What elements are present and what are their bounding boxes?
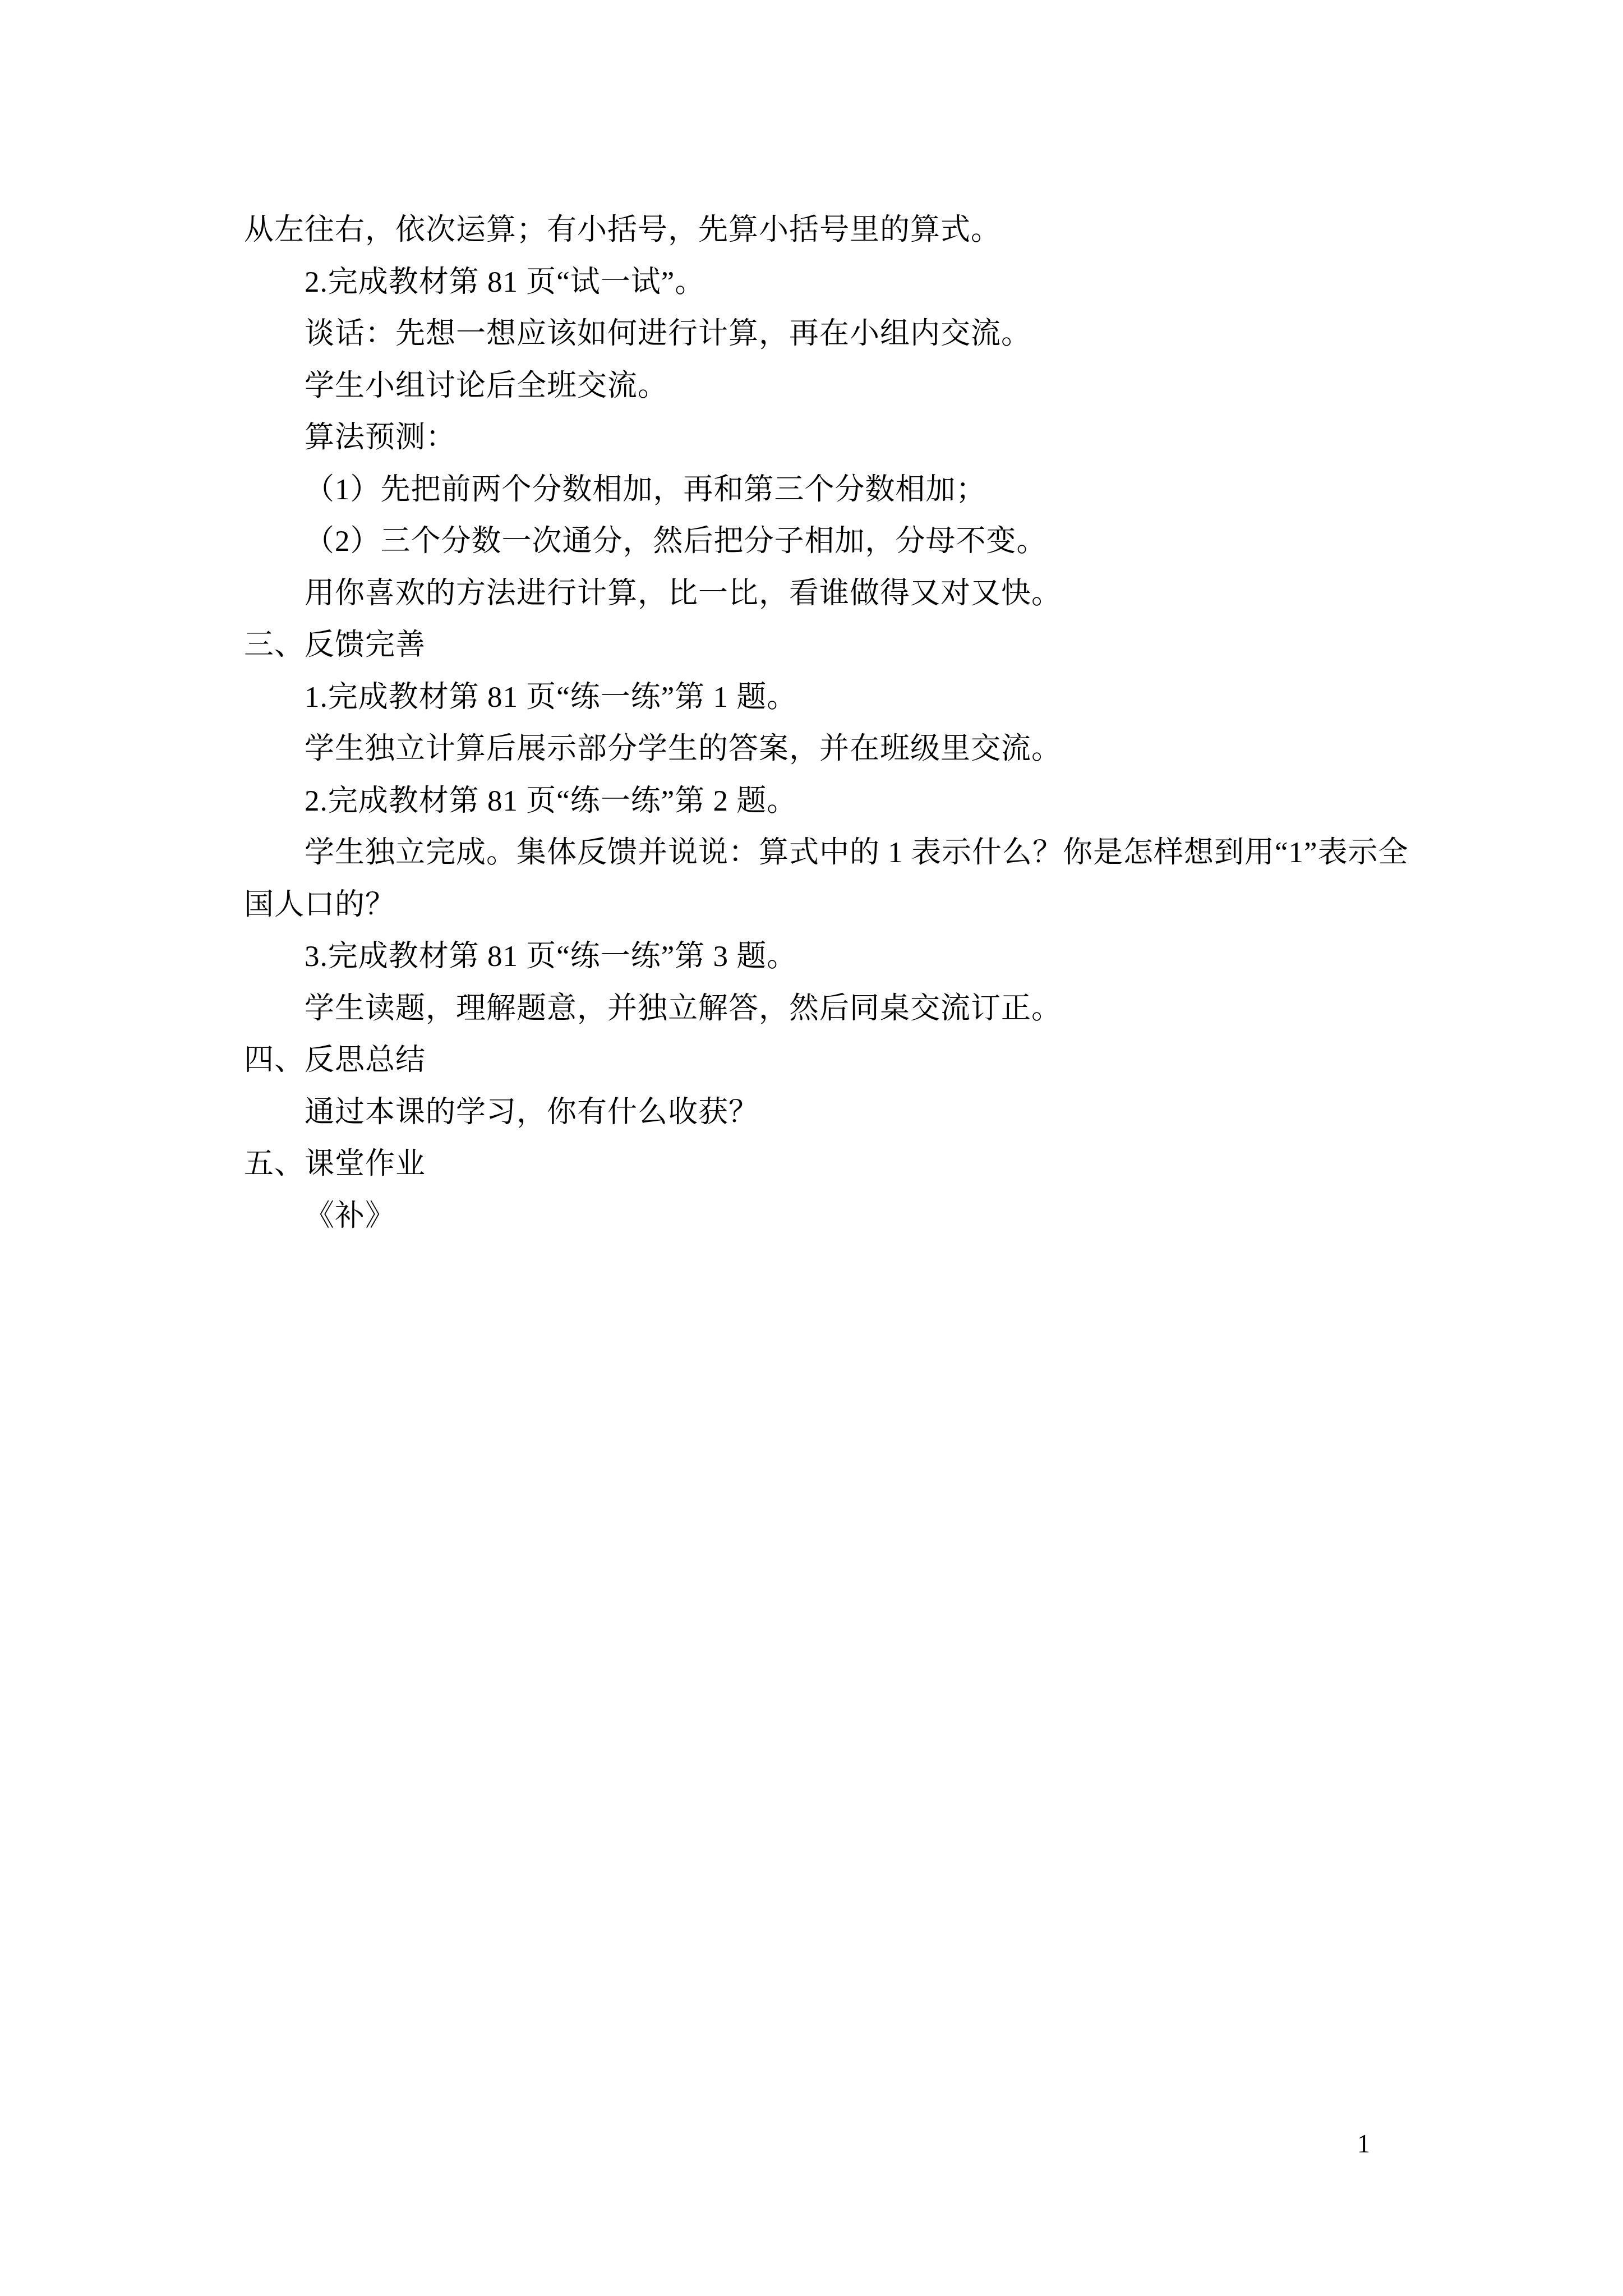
document-body: 从左往右，依次运算；有小括号，先算小括号里的算式。2.完成教材第 81 页“试一… [244,204,1399,1242]
text-line: 四、反思总结 [244,1034,1399,1087]
text-line: 2.完成教材第 81 页“试一试”。 [244,256,1399,309]
text-line: 国人口的？ [244,879,1399,931]
text-line: 1.完成教材第 81 页“练一练”第 1 题。 [244,671,1399,724]
text-line: 从左往右，依次运算；有小括号，先算小括号里的算式。 [244,204,1399,256]
text-line: 学生独立计算后展示部分学生的答案，并在班级里交流。 [244,723,1399,775]
text-line: 学生读题，理解题意，并独立解答，然后同桌交流订正。 [244,983,1399,1035]
text-line: （2）三个分数一次通分，然后把分子相加，分母不变。 [244,516,1399,568]
text-line: 3.完成教材第 81 页“练一练”第 3 题。 [244,931,1399,983]
text-line: 用你喜欢的方法进行计算，比一比，看谁做得又对又快。 [244,568,1399,620]
text-line: （1）先把前两个分数相加，再和第三个分数相加； [244,464,1399,516]
text-line: 学生小组讨论后全班交流。 [244,360,1399,412]
page-number: 1 [1357,2129,1380,2159]
text-line: 谈话：先想一想应该如何进行计算，再在小组内交流。 [244,308,1399,360]
text-line: 通过本课的学习，你有什么收获？ [244,1087,1399,1139]
text-line: 算法预测： [244,412,1399,464]
text-line: 《补》 [244,1190,1399,1243]
text-line: 2.完成教材第 81 页“练一练”第 2 题。 [244,775,1399,827]
document-page: 从左往右，依次运算；有小括号，先算小括号里的算式。2.完成教材第 81 页“试一… [0,0,1623,2296]
text-line: 学生独立完成。集体反馈并说说：算式中的 1 表示什么？你是怎样想到用“1”表示全 [244,827,1399,879]
text-line: 五、课堂作业 [244,1138,1399,1190]
text-line: 三、反馈完善 [244,619,1399,671]
